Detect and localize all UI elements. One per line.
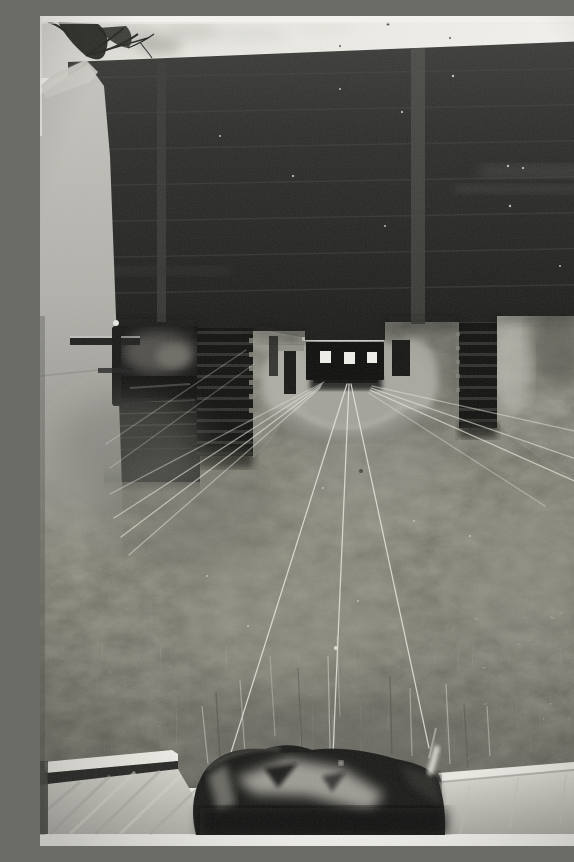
film-grain-dark <box>40 16 574 846</box>
photo-canvas <box>40 16 574 846</box>
range-photograph <box>40 16 574 846</box>
